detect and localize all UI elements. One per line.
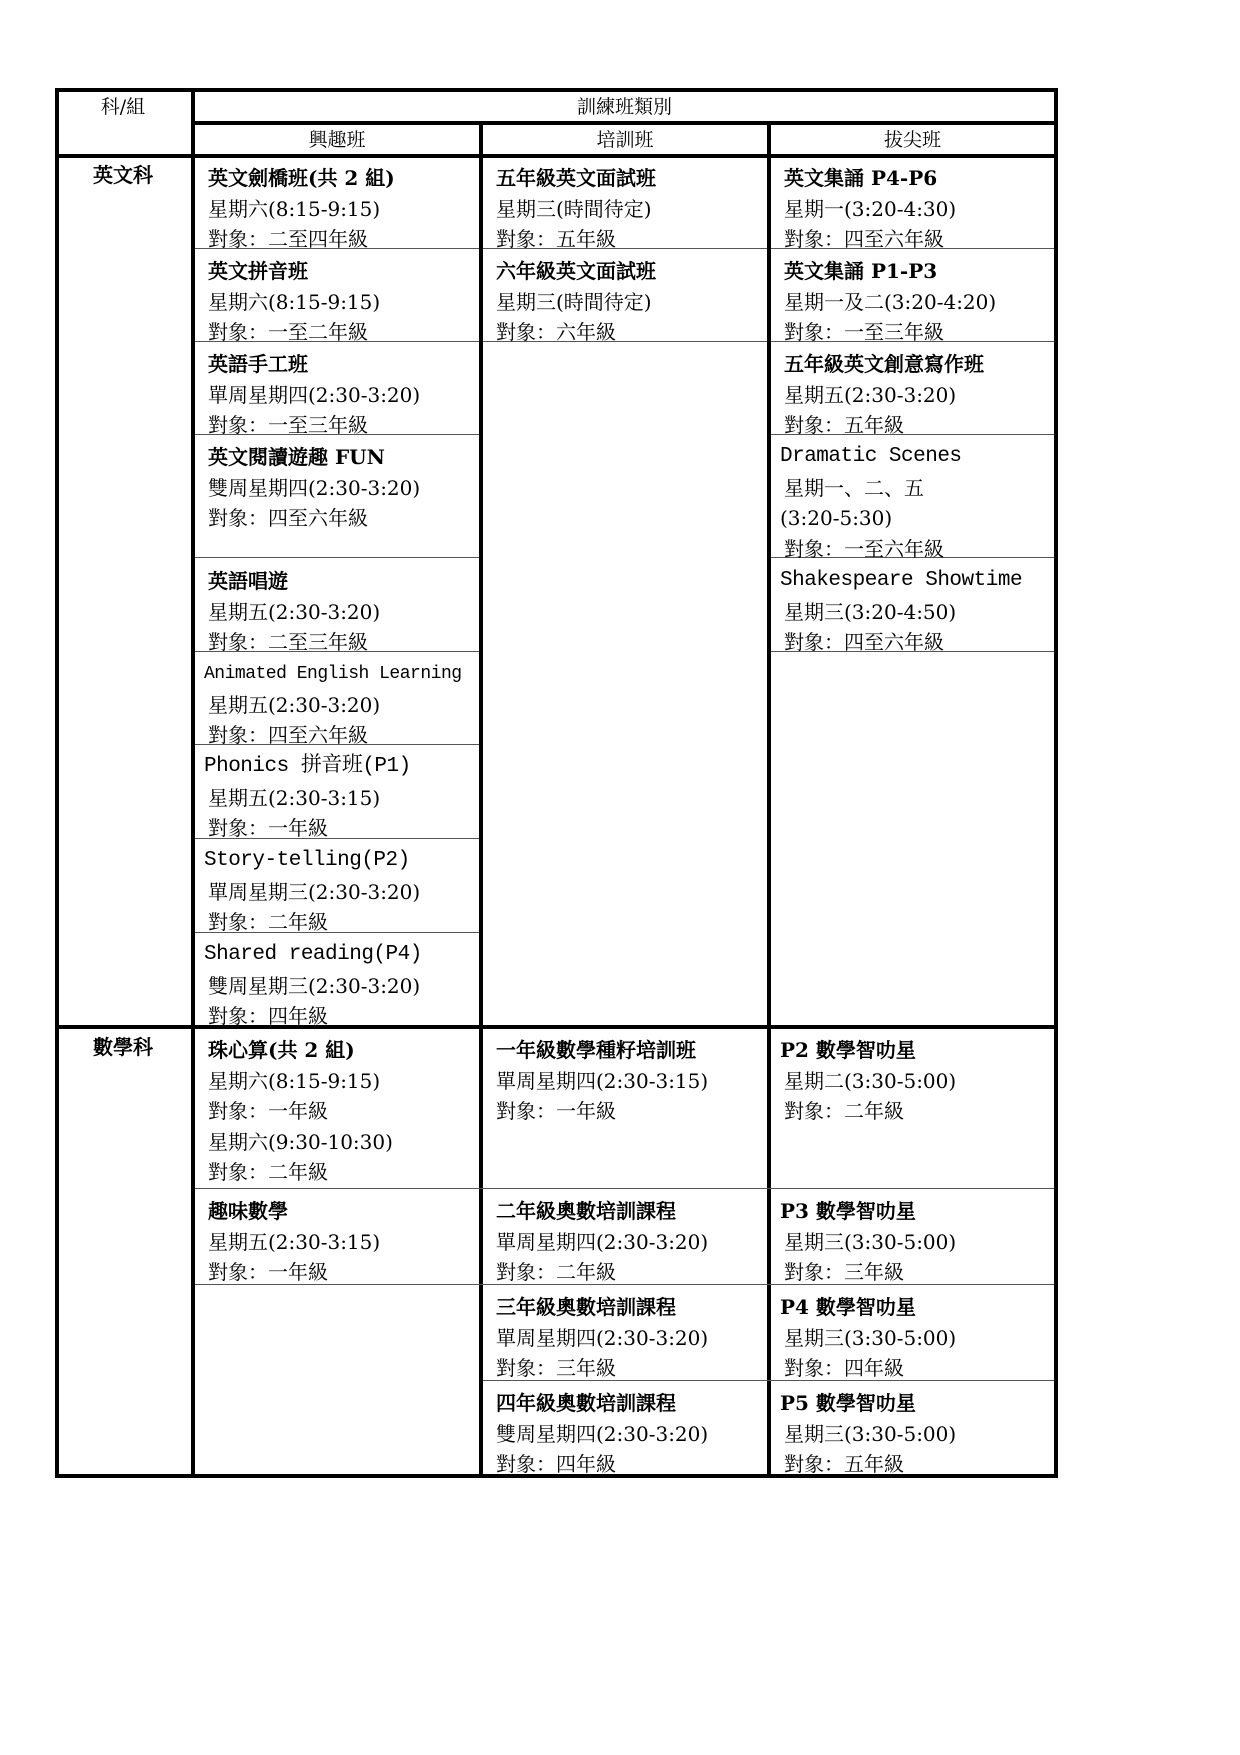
course-cell: 英文劍橋班(共 2 組)星期六(8:15-9:15)對象：二至四年級 xyxy=(195,157,395,255)
course-cell: P2 數學智叻星星期二(3:30-5:00)對象：二年級 xyxy=(771,1029,956,1127)
course-cell: Animated English Learning星期五(2:30-3:20)對… xyxy=(195,653,462,751)
header-training-class: 培訓班 xyxy=(483,125,767,155)
course-cell: 四年級奧數培訓課程雙周星期四(2:30-3:20)對象：四年級 xyxy=(483,1382,708,1480)
header-category: 訓練班類別 xyxy=(195,92,1054,122)
course-cell: 英語唱遊星期五(2:30-3:20)對象：二至三年級 xyxy=(195,560,380,658)
course-cell: 三年級奧數培訓課程單周星期四(2:30-3:20)對象：三年級 xyxy=(483,1286,708,1384)
course-cell: 英文集誦 P4-P6星期一(3:20-4:30)對象：四至六年級 xyxy=(771,157,956,255)
course-cell: Story-telling(P2)單周星期三(2:30-3:20)對象：二年級 xyxy=(195,840,420,938)
course-cell: 英文拼音班星期六(8:15-9:15)對象：一至二年級 xyxy=(195,250,380,348)
course-cell: Shared reading(P4)雙周星期三(2:30-3:20)對象：四年級 xyxy=(195,934,422,1032)
subject-english: 英文科 xyxy=(55,160,191,190)
header-subject-group: 科/組 xyxy=(55,92,191,122)
course-cell: 英語手工班單周星期四(2:30-3:20)對象：一至三年級 xyxy=(195,343,420,441)
course-cell: 英文集誦 P1-P3星期一及二(3:20-4:20)對象：一至三年級 xyxy=(771,250,996,348)
table-border-right xyxy=(1054,88,1058,1478)
course-cell: P3 數學智叻星星期三(3:30-5:00)對象：三年級 xyxy=(771,1190,956,1288)
course-cell: Shakespeare Showtime星期三(3:20-4:50)對象：四至六… xyxy=(771,560,1022,658)
header-elite-class: 拔尖班 xyxy=(771,125,1054,155)
course-cell: 五年級英文創意寫作班星期五(2:30-3:20)對象：五年級 xyxy=(771,343,984,441)
course-cell: 六年級英文面試班星期三(時間待定)對象：六年級 xyxy=(483,250,656,348)
course-cell: 英文閱讀遊趣 FUN雙周星期四(2:30-3:20)對象：四至六年級 xyxy=(195,436,420,534)
course-cell: Phonics 拼音班(P1)星期五(2:30-3:15)對象：一年級 xyxy=(195,746,411,844)
course-cell: P5 數學智叻星星期三(3:30-5:00)對象：五年級 xyxy=(771,1382,956,1480)
course-cell: Dramatic Scenes星期一、二、五(3:20-5:30)對象：一至六年… xyxy=(771,436,962,564)
subject-math: 數學科 xyxy=(55,1032,191,1062)
header-interest-class: 興趣班 xyxy=(195,125,479,155)
course-cell: 一年級數學種籽培訓班單周星期四(2:30-3:15)對象：一年級 xyxy=(483,1029,708,1127)
course-cell: 二年級奧數培訓課程單周星期四(2:30-3:20)對象：二年級 xyxy=(483,1190,708,1288)
course-cell: 五年級英文面試班星期三(時間待定)對象：五年級 xyxy=(483,157,656,255)
course-cell: 珠心算(共 2 組)星期六(8:15-9:15)對象：一年級星期六(9:30-1… xyxy=(195,1029,393,1188)
table-border-left xyxy=(55,88,59,1478)
training-class-table: 科/組 訓練班類別 興趣班 培訓班 拔尖班 英文科 數學科 英文劍橋班(共 2 … xyxy=(55,88,1058,1478)
course-cell: P4 數學智叻星星期三(3:30-5:00)對象：四年級 xyxy=(771,1286,956,1384)
course-cell: 趣味數學星期五(2:30-3:15)對象：一年級 xyxy=(195,1190,380,1288)
